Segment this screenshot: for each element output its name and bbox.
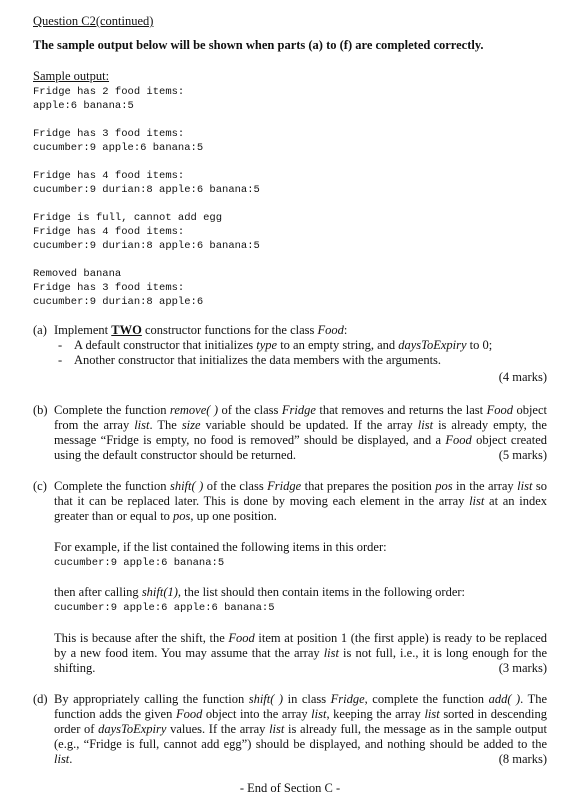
part-a-bullet-2: - Another constructor that initializes t…	[54, 353, 547, 368]
part-d-marker: (d)	[33, 692, 54, 767]
part-a-content: Implement TWO constructor functions for …	[54, 323, 547, 385]
part-b-content: Complete the function remove( ) of the c…	[54, 403, 547, 463]
bullet-dash: -	[54, 338, 74, 353]
intro-statement: The sample output below will be shown wh…	[33, 38, 547, 53]
part-c-example-2-intro: then after calling shift(1), the list sh…	[54, 585, 547, 600]
part-b-marker: (b)	[33, 403, 54, 463]
part-c-example-2-code: cucumber:9 apple:6 apple:6 banana:5	[54, 601, 547, 615]
part-c-conclusion-text: This is because after the shift, the Foo…	[54, 631, 547, 675]
part-b-body: Complete the function remove( ) of the c…	[54, 403, 547, 463]
part-a-marks: (4 marks)	[54, 370, 547, 385]
part-c-content: Complete the function shift( ) of the cl…	[54, 479, 547, 676]
part-c-marker: (c)	[33, 479, 54, 676]
part-c-body: Complete the function shift( ) of the cl…	[54, 479, 547, 524]
part-a-bullet-1: - A default constructor that initializes…	[54, 338, 547, 353]
part-c-example-1-intro: For example, if the list contained the f…	[54, 540, 547, 555]
part-a-marker: (a)	[33, 323, 54, 385]
end-of-section-label: - End of Section C -	[33, 781, 547, 796]
part-d-content: By appropriately calling the function sh…	[54, 692, 547, 767]
question-part-b: (b) Complete the function remove( ) of t…	[33, 403, 547, 463]
part-a-lead: Implement TWO constructor functions for …	[54, 323, 547, 338]
sample-output-section: Sample output: Fridge has 2 food items: …	[33, 69, 547, 309]
bullet-dash: -	[54, 353, 74, 368]
part-b-marks: (5 marks)	[499, 448, 547, 463]
part-c-example-1-code: cucumber:9 apple:6 banana:5	[54, 556, 547, 570]
part-a-bullet-1-text: A default constructor that initializes t…	[74, 338, 547, 353]
part-d-text: By appropriately calling the function sh…	[54, 692, 547, 766]
part-b-text: Complete the function remove( ) of the c…	[54, 403, 547, 462]
question-part-c: (c) Complete the function shift( ) of th…	[33, 479, 547, 676]
question-part-a: (a) Implement TWO constructor functions …	[33, 323, 547, 385]
sample-output-code: Fridge has 2 food items: apple:6 banana:…	[33, 85, 547, 309]
part-c-marks: (3 marks)	[499, 661, 547, 676]
question-part-d: (d) By appropriately calling the functio…	[33, 692, 547, 767]
part-d-marks: (8 marks)	[499, 752, 547, 767]
exam-page: Question C2(continued) The sample output…	[0, 0, 588, 804]
page-title: Question C2(continued)	[33, 14, 547, 29]
sample-output-label: Sample output:	[33, 69, 547, 84]
part-c-conclusion: This is because after the shift, the Foo…	[54, 631, 547, 676]
part-a-bullet-2-text: Another constructor that initializes the…	[74, 353, 547, 368]
part-d-body: By appropriately calling the function sh…	[54, 692, 547, 767]
